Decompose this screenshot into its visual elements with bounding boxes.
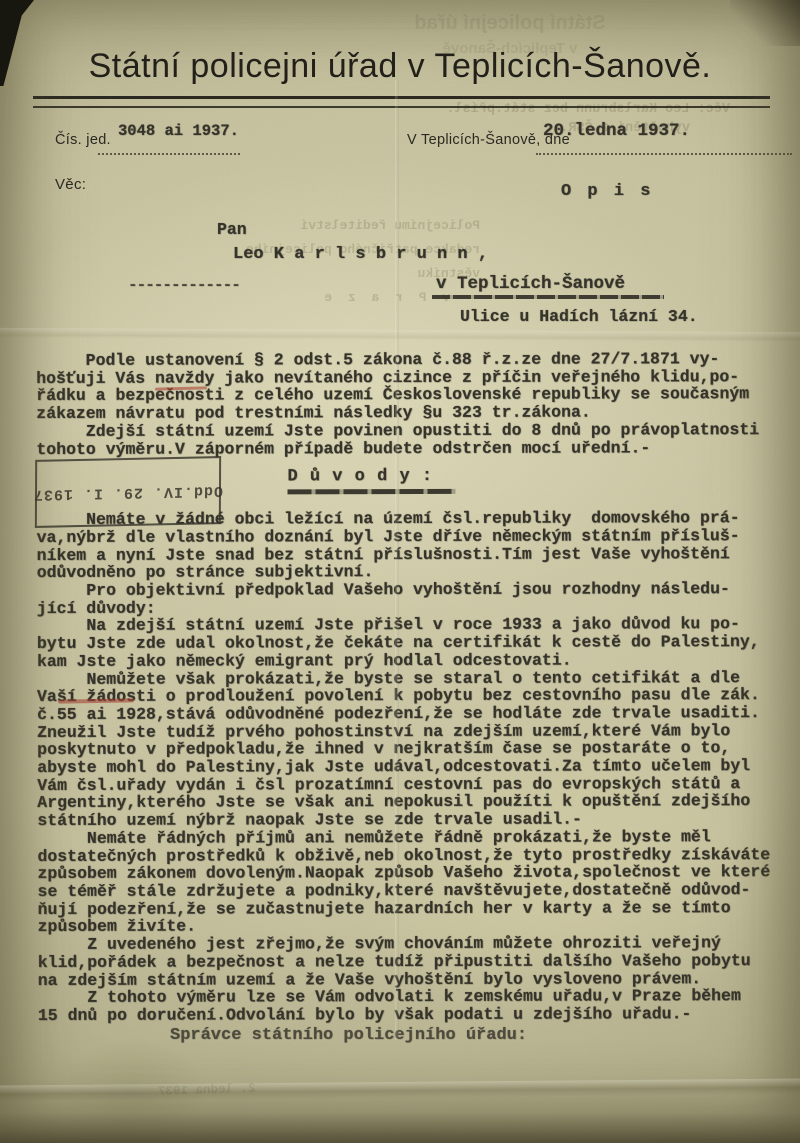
shadow-corner-top-right — [730, 0, 800, 46]
vertical-fold-crease — [395, 80, 399, 1040]
scanned-document-page: Státní policejní úřad v Teplicích-Šanově… — [0, 0, 800, 1143]
paper-grain-texture — [0, 0, 800, 1143]
bottom-edge-shadow — [0, 1113, 800, 1143]
